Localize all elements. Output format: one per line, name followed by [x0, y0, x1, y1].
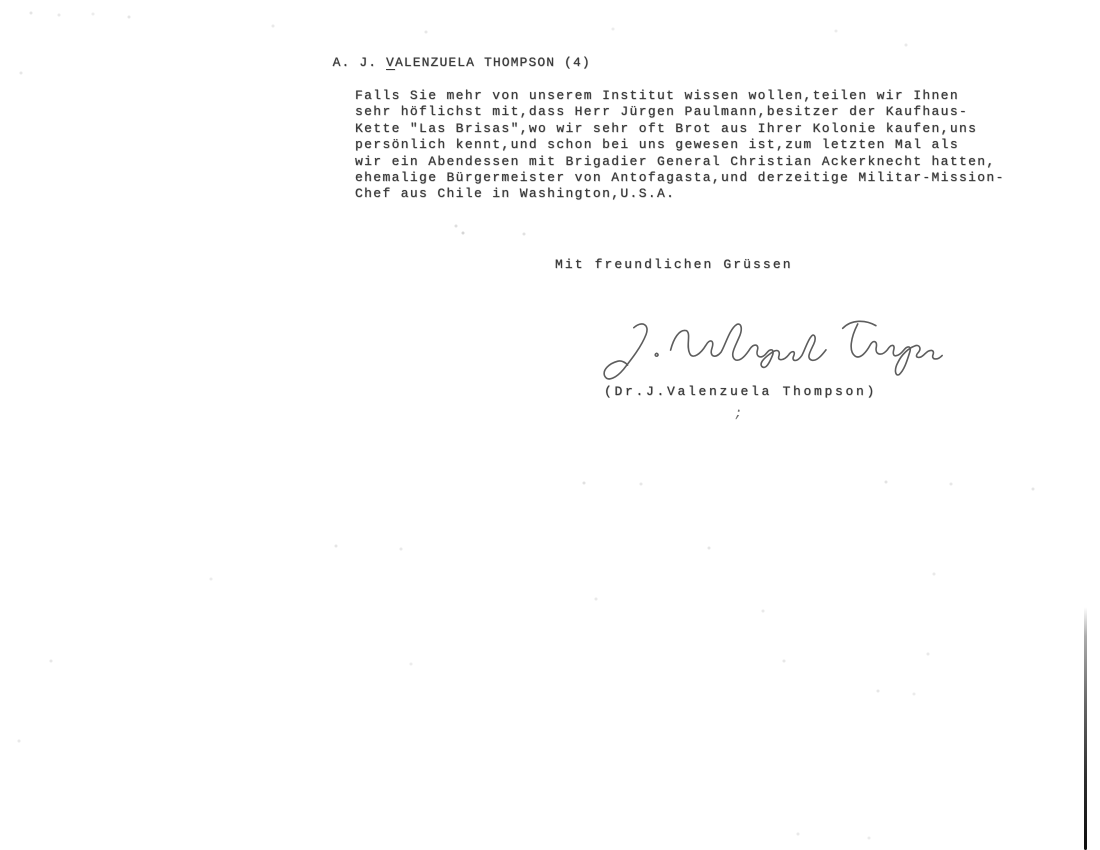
body-line: wir ein Abendessen mit Brigadier General… — [355, 154, 1005, 170]
signature-ink-strokes — [597, 310, 946, 389]
heading-rest: ALENZUELA THOMPSON (4) — [395, 55, 591, 70]
letter-body-paragraph: Falls Sie mehr von unserem Institut wiss… — [355, 88, 1005, 203]
closing-salutation: Mit freundlichen Grüssen — [555, 257, 793, 272]
body-line: sehr höflichst mit,dass Herr Jürgen Paul… — [355, 104, 1005, 120]
heading-underlined-initial: V — [386, 55, 395, 70]
stray-ink-mark: ; — [733, 405, 744, 422]
scanner-streak-artifact — [1084, 607, 1087, 850]
page-heading: A. J. VALENZUELA THOMPSON (4) — [297, 40, 591, 85]
body-line: Kette "Las Brisas",wo wir sehr oft Brot … — [355, 121, 1005, 137]
handwritten-signature — [597, 310, 946, 389]
body-line: Chef aus Chile in Washington,U.S.A. — [355, 186, 1005, 202]
body-line: Falls Sie mehr von unserem Institut wiss… — [355, 88, 1005, 104]
body-line: ehemalige Bürgermeister von Antofagasta,… — [355, 170, 1005, 186]
typed-signatory-name: (Dr.J.Valenzuela Thompson) — [604, 384, 877, 399]
body-line: persönlich kennt,und schon bei uns gewes… — [355, 137, 1005, 153]
heading-prefix: A. J. — [333, 55, 386, 70]
scanned-letter-page: A. J. VALENZUELA THOMPSON (4) Falls Sie … — [0, 0, 1100, 850]
scan-noise-specks — [0, 0, 2, 2]
